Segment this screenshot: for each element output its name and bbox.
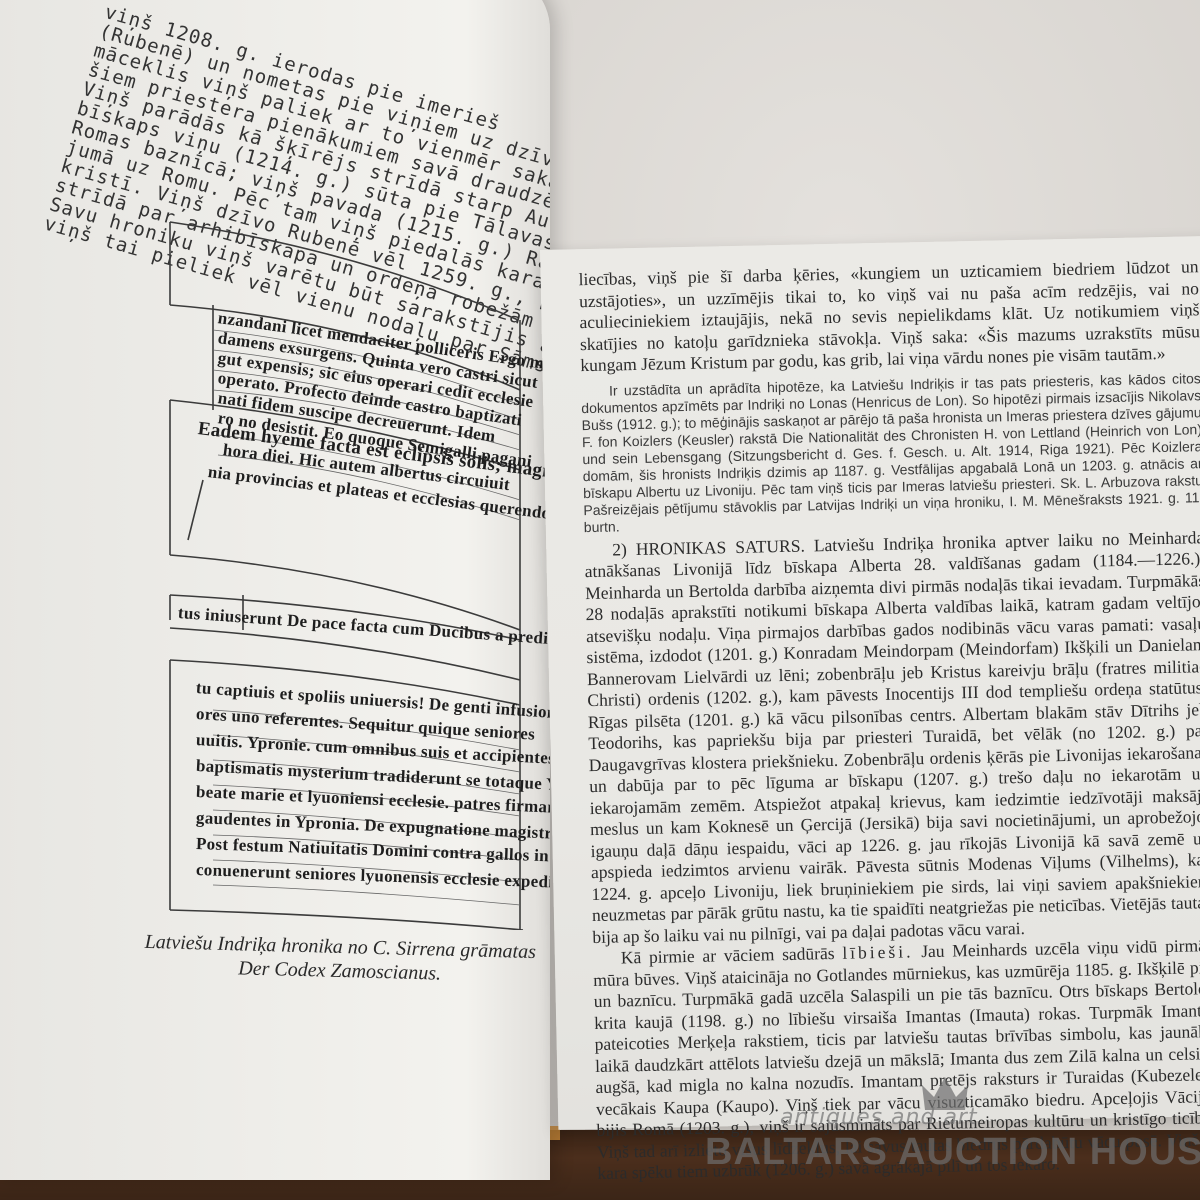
section-paragraph: 2) HRONIKAS SATURS. Latviešu Indriķa hro… (584, 527, 1200, 948)
watermark-tagline: antiques and art (780, 1105, 978, 1130)
section-text: Latviešu Indriķa hronika aptver laiku no… (585, 527, 1200, 947)
paragraph-start: Kā pirmie ar vāciem sadūrās (621, 943, 835, 967)
section-heading: 2) HRONIKAS SATURS. (612, 535, 805, 559)
right-page: liecības, viņš pie šī darba ķēries, «kun… (540, 236, 1200, 1130)
footnote-paragraph: Ir uzstādīta un aprādīta hipotēze, ka La… (581, 370, 1200, 536)
emphasized-word: lībieši. (842, 941, 914, 962)
figure-caption: Latviešu Indriķa hronika no C. Sirrena g… (119, 929, 550, 989)
left-page: viņš 1208. g. ierodas pie imerieš (Ruben… (0, 0, 550, 1180)
footnote-text: Ir uzstādīta un aprādīta hipotēze, ka La… (581, 370, 1200, 536)
intro-paragraph: liecības, viņš pie šī darba ķēries, «kun… (578, 256, 1200, 376)
watermark-name: BALTARS AUCTION HOUSE (705, 1131, 1200, 1174)
right-page-text: liecības, viņš pie šī darba ķēries, «kun… (578, 256, 1200, 1184)
manuscript-facsimile: nzandani licet mendaciter polliceris Erg… (168, 210, 518, 920)
